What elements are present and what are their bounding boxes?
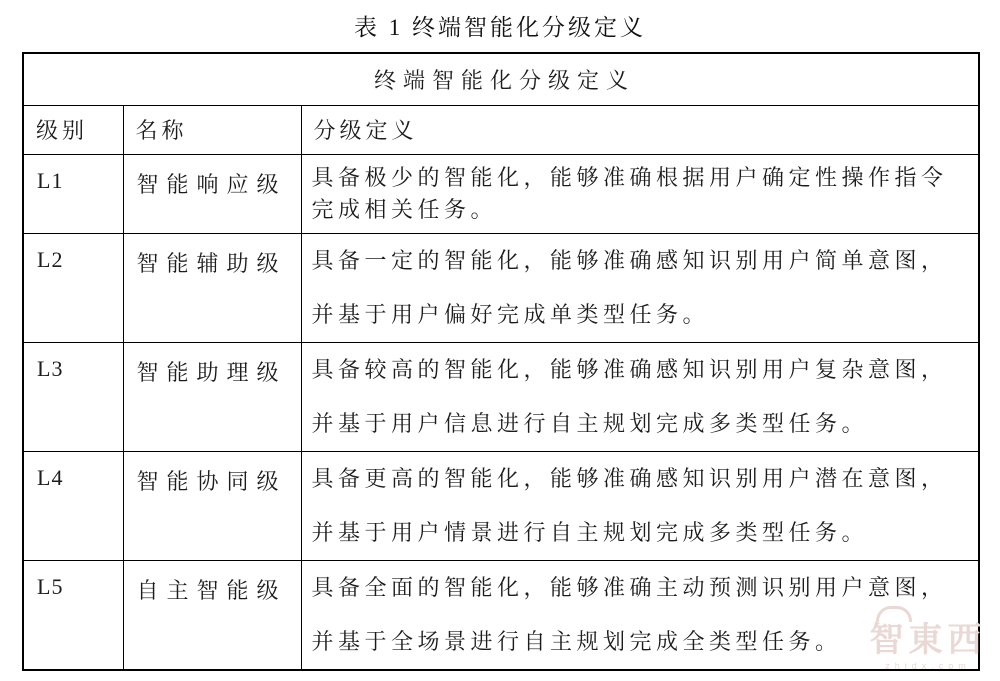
definition-line: 具备极少的智能化，能够准确根据用户确定性操作指令 bbox=[312, 162, 973, 194]
table-row-l5: L5 自主智能级 具备全面的智能化，能够准确主动预测识别用户意图， 并基于全场景… bbox=[23, 560, 979, 670]
col-header-name: 名称 bbox=[123, 105, 301, 154]
column-header-row: 级别 名称 分级定义 bbox=[23, 105, 979, 154]
name-cell: 智能助理级 bbox=[123, 342, 301, 451]
name-cell: 智能响应级 bbox=[123, 154, 301, 233]
col-header-definition: 分级定义 bbox=[301, 105, 979, 154]
name-cell: 智能辅助级 bbox=[123, 233, 301, 342]
col-header-level: 级别 bbox=[23, 105, 123, 154]
definition-cell: 具备极少的智能化，能够准确根据用户确定性操作指令 完成相关任务。 bbox=[301, 154, 979, 233]
table-row-l4: L4 智能协同级 具备更高的智能化，能够准确感知识别用户潜在意图， 并基于用户情… bbox=[23, 451, 979, 560]
level-cell: L1 bbox=[23, 154, 123, 233]
definition-line: 并基于全场景进行自主规划完成全类型任务。 bbox=[312, 615, 973, 669]
definition-line: 并基于用户信息进行自主规划完成多类型任务。 bbox=[312, 397, 973, 451]
definition-line: 并基于用户偏好完成单类型任务。 bbox=[312, 288, 973, 342]
definition-line: 完成相关任务。 bbox=[312, 194, 973, 226]
table-row-l2: L2 智能辅助级 具备一定的智能化，能够准确感知识别用户简单意图， 并基于用户偏… bbox=[23, 233, 979, 342]
level-cell: L4 bbox=[23, 451, 123, 560]
table-row-l3: L3 智能助理级 具备较高的智能化，能够准确感知识别用户复杂意图， 并基于用户信… bbox=[23, 342, 979, 451]
table-title-row: 终端智能化分级定义 bbox=[23, 53, 979, 105]
level-cell: L3 bbox=[23, 342, 123, 451]
table-row-l1: L1 智能响应级 具备极少的智能化，能够准确根据用户确定性操作指令 完成相关任务… bbox=[23, 154, 979, 233]
name-cell: 自主智能级 bbox=[123, 560, 301, 670]
definition-cell: 具备较高的智能化，能够准确感知识别用户复杂意图， 并基于用户信息进行自主规划完成… bbox=[301, 342, 979, 451]
name-cell: 智能协同级 bbox=[123, 451, 301, 560]
grading-table: 终端智能化分级定义 级别 名称 分级定义 L1 智能响应级 具备极少的智能化，能… bbox=[22, 52, 980, 671]
definition-line: 具备一定的智能化，能够准确感知识别用户简单意图， bbox=[312, 234, 973, 288]
definition-cell: 具备更高的智能化，能够准确感知识别用户潜在意图， 并基于用户情景进行自主规划完成… bbox=[301, 451, 979, 560]
definition-line: 具备更高的智能化，能够准确感知识别用户潜在意图， bbox=[312, 452, 973, 506]
level-cell: L2 bbox=[23, 233, 123, 342]
level-cell: L5 bbox=[23, 560, 123, 670]
definition-line: 并基于用户情景进行自主规划完成多类型任务。 bbox=[312, 506, 973, 560]
definition-line: 具备较高的智能化，能够准确感知识别用户复杂意图， bbox=[312, 343, 973, 397]
definition-line: 具备全面的智能化，能够准确主动预测识别用户意图， bbox=[312, 561, 973, 615]
table-span-header: 终端智能化分级定义 bbox=[23, 53, 979, 105]
definition-cell: 具备一定的智能化，能够准确感知识别用户简单意图， 并基于用户偏好完成单类型任务。 bbox=[301, 233, 979, 342]
page-title: 表 1 终端智能化分级定义 bbox=[0, 9, 1000, 42]
definition-cell: 具备全面的智能化，能够准确主动预测识别用户意图， 并基于全场景进行自主规划完成全… bbox=[301, 560, 979, 670]
